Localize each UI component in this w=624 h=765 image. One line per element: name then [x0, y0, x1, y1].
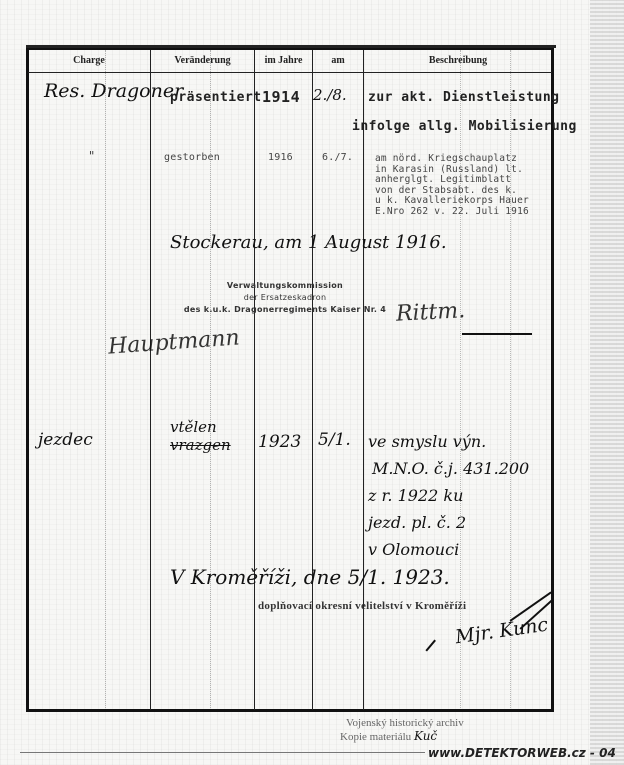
entry2-charge-ditto: "	[88, 149, 95, 163]
column-divider	[254, 50, 255, 710]
entry3-veranderung-line: vrazgen	[170, 436, 231, 454]
header-im-jahre: im Jahre	[255, 55, 312, 66]
entry1-charge: Res. Dragoner	[44, 80, 183, 102]
signature-right-1916: Rittm.	[395, 298, 465, 327]
entry3-year: 1923	[258, 432, 301, 452]
entry3-description-line: ve smyslu výn.	[368, 428, 529, 455]
entry3-veranderung-line: vtělen	[170, 418, 231, 436]
entry2-description-line: E.Nro 262 v. 22. Juli 1916	[375, 207, 529, 218]
entry3-description: ve smyslu výn. M.N.O. č.j. 431.200 z r. …	[368, 428, 529, 563]
entry2-year: 1916	[268, 152, 293, 163]
stamp-line: der Ersatzeskadron	[170, 292, 400, 304]
entry1-year: 1914	[262, 88, 300, 106]
stamp-line: Verwaltungskommission	[170, 280, 400, 292]
faint-ruling	[510, 50, 511, 710]
entry2-date: 6./7.	[322, 152, 353, 163]
entry3-veranderung: vtělen vrazgen	[170, 418, 231, 454]
archive-stamp-line2: Kopie materiálu	[340, 731, 411, 743]
faint-ruling	[210, 50, 211, 710]
entry3-description-line: M.N.O. č.j. 431.200	[368, 455, 529, 482]
signature-flourish	[462, 333, 532, 335]
header-beschreibung: Beschreibung	[364, 55, 552, 66]
entry3-description-line: jezd. pl. č. 2	[368, 509, 529, 536]
entry1-veranderung: präsentiert	[170, 90, 262, 105]
header-veranderung: Veränderung	[151, 55, 254, 66]
district-command-stamp: doplňovací okresní velitelství v Kroměří…	[258, 600, 466, 612]
faint-ruling	[105, 50, 106, 710]
header-am: am	[313, 55, 363, 66]
archive-stamp-line1: Vojenský historický archiv	[346, 717, 464, 729]
entry2-description-line: am nörd. Kriegschauplatz	[375, 154, 529, 165]
entry3-description-line: v Olomouci	[368, 536, 529, 563]
page-bottom-edge	[20, 752, 425, 753]
document-page: Charge Veränderung im Jahre am Beschreib…	[0, 0, 624, 765]
entry1-description-line2: infolge allg. Mobilisierung	[352, 119, 577, 134]
entry3-charge: jezdec	[38, 430, 93, 450]
watermark: www.DETEKTORWEB.cz - 04	[428, 746, 616, 760]
page-edge-shadow	[590, 0, 624, 765]
column-divider	[150, 50, 151, 710]
certification-1916-place-date: Stockerau, am 1 August 1916.	[170, 232, 447, 253]
entry2-veranderung: gestorben	[164, 152, 220, 163]
regiment-stamp: Verwaltungskommission der Ersatzeskadron…	[170, 280, 400, 316]
archive-initials: Kuč	[414, 729, 437, 743]
stamp-line: des k.u.k. Dragonerregiments Kaiser Nr. …	[170, 304, 400, 316]
entry2-description-line: anherglgt. Legitimblatt	[375, 175, 529, 186]
certification-1923-place-date: V Kroměříži, dne 5/1. 1923.	[170, 565, 450, 589]
entry3-date: 5/1.	[318, 430, 351, 450]
entry1-date: 2./8.	[313, 86, 347, 104]
header-charge: Charge	[28, 55, 150, 66]
entry2-description: am nörd. Kriegschauplatz in Karasin (Rus…	[375, 154, 529, 217]
entry1-description-line1: zur akt. Dienstleistung	[368, 90, 560, 105]
entry3-description-line: z r. 1922 ku	[368, 482, 529, 509]
entry2-description-line: u k. Kavalleriekorps Hauer	[375, 196, 529, 207]
